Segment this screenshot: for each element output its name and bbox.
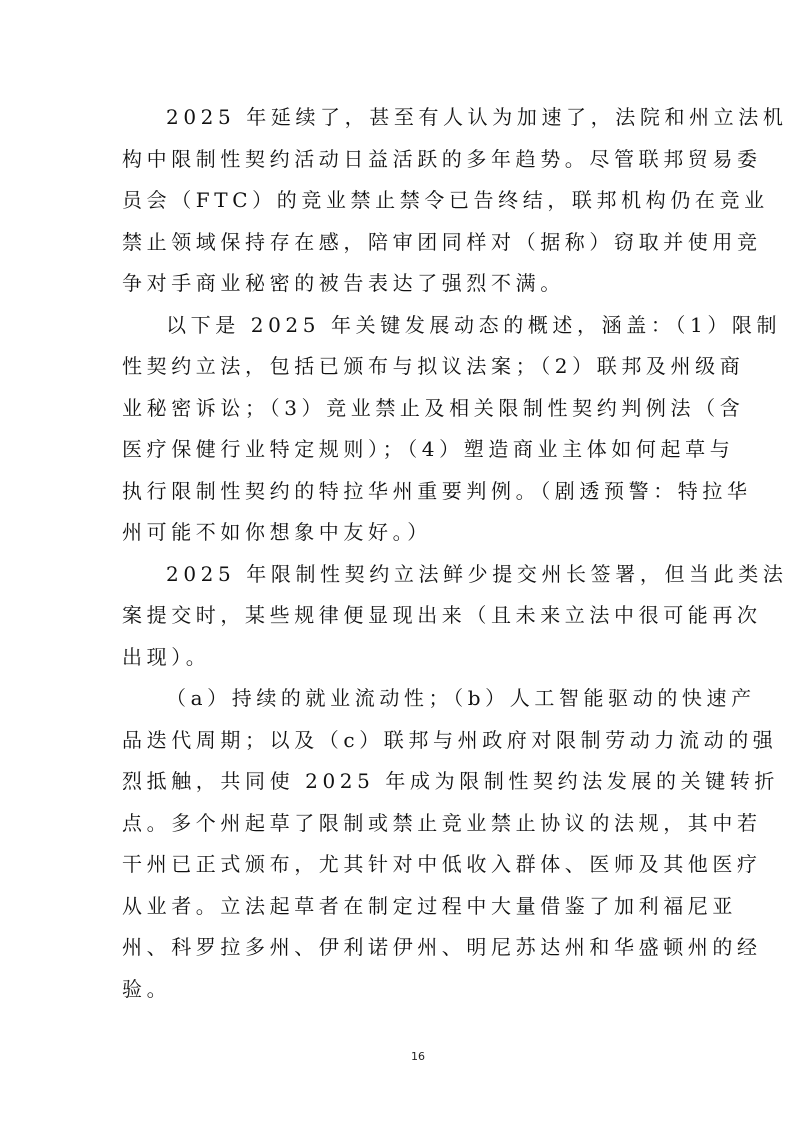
paragraph-4: （a）持续的就业流动性；（b）人工智能驱动的快速产 品迭代周期；以及（c）联邦与… <box>122 678 682 1010</box>
body-text: 2025 年延续了，甚至有人认为加速了，法院和州立法机 构中限制性契约活动日益活… <box>122 97 682 1010</box>
text-line: 构中限制性契约活动日益活跃的多年趋势。尽管联邦贸易委 <box>122 139 682 181</box>
paragraph-1: 2025 年延续了，甚至有人认为加速了，法院和州立法机 构中限制性契约活动日益活… <box>122 97 682 305</box>
text-line: 烈抵触，共同使 2025 年成为限制性契约法发展的关键转折 <box>122 761 682 803</box>
text-line: 案提交时，某些规律便显现出来（且未来立法中很可能再次 <box>122 595 682 637</box>
text-line: 性契约立法，包括已颁布与拟议法案；（2）联邦及州级商 <box>122 346 682 388</box>
text-line: 点。多个州起草了限制或禁止竞业禁止协议的法规，其中若 <box>122 803 682 845</box>
text-line: 出现）。 <box>122 637 682 679</box>
text-line: 执行限制性契约的特拉华州重要判例。（剧透预警：特拉华 <box>122 471 682 513</box>
text-line: 争对手商业秘密的被告表达了强烈不满。 <box>122 263 682 305</box>
paragraph-2: 以下是 2025 年关键发展动态的概述，涵盖：（1）限制 性契约立法，包括已颁布… <box>122 305 682 554</box>
text-line: 州可能不如你想象中友好。） <box>122 512 682 554</box>
text-line: 验。 <box>122 969 682 1011</box>
paragraph-3: 2025 年限制性契约立法鲜少提交州长签署，但当此类法 案提交时，某些规律便显现… <box>122 554 682 679</box>
document-page: 2025 年延续了，甚至有人认为加速了，法院和州立法机 构中限制性契约活动日益活… <box>0 0 793 1122</box>
text-line: （a）持续的就业流动性；（b）人工智能驱动的快速产 <box>122 678 682 720</box>
text-line: 州、科罗拉多州、伊利诺伊州、明尼苏达州和华盛顿州的经 <box>122 927 682 969</box>
text-line: 业秘密诉讼；（3）竞业禁止及相关限制性契约判例法（含 <box>122 388 682 430</box>
text-line: 员会（FTC）的竞业禁止禁令已告终结，联邦机构仍在竞业 <box>122 180 682 222</box>
text-line: 品迭代周期；以及（c）联邦与州政府对限制劳动力流动的强 <box>122 720 682 762</box>
text-line: 禁止领域保持存在感，陪审团同样对（据称）窃取并使用竞 <box>122 222 682 264</box>
text-line: 2025 年限制性契约立法鲜少提交州长签署，但当此类法 <box>122 554 682 596</box>
text-line: 从业者。立法起草者在制定过程中大量借鉴了加利福尼亚 <box>122 886 682 928</box>
text-line: 医疗保健行业特定规则）；（4）塑造商业主体如何起草与 <box>122 429 682 471</box>
text-line: 干州已正式颁布，尤其针对中低收入群体、医师及其他医疗 <box>122 844 682 886</box>
text-line: 以下是 2025 年关键发展动态的概述，涵盖：（1）限制 <box>122 305 682 347</box>
text-line: 2025 年延续了，甚至有人认为加速了，法院和州立法机 <box>122 97 682 139</box>
page-number: 16 <box>0 1050 793 1063</box>
